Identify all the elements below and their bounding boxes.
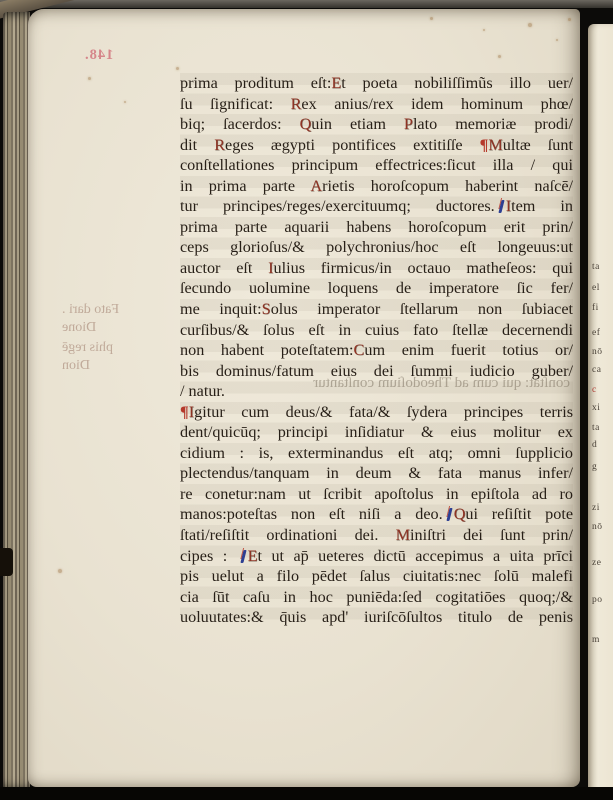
text-line: cidium : is, exterminandus eſt atq; omni… — [180, 443, 573, 464]
text-line: prima proditum eſt:Et poeta nobiliſſimũs… — [180, 73, 573, 94]
next-page-edge: taelfiefnōcacxitadgzinōzepom — [588, 24, 613, 795]
text-line: ſtati/reſiſtit ordinationi dei. Miniſtri… — [180, 525, 573, 546]
next-page-text-fragment: ta — [592, 423, 600, 433]
book-scan: 148. Fato dari .Dionephis regēDion conſt… — [0, 0, 613, 800]
text-line: ceps glorioſus/& polychronius/hoc eſt lo… — [180, 237, 573, 258]
next-page-text-fragment: zi — [592, 503, 600, 513]
text-line: manos:poteſtas non eſt niſi a deo.Qui re… — [180, 504, 573, 525]
next-page-text-fragment: ze — [592, 558, 601, 568]
blue-paragraph-tick-icon — [446, 508, 452, 521]
text-line: re conetur:nam ut ſcribit apoſtolus in e… — [180, 484, 573, 505]
bleedthrough-margin-note: Dion — [62, 356, 170, 375]
text-line: pis uelut a filo pēdet ſalus ciuitatis:n… — [180, 566, 573, 587]
text-line: cia ſūt caſu in hoc puniēda:ſed cogitati… — [180, 587, 573, 608]
text-line: ſu ſignificat: Rex anius/rex idem hominu… — [180, 94, 573, 115]
red-pilcrow-icon: ¶ — [180, 403, 189, 421]
text-line: curſibus/& ſolus eſt in cuius fato ſtell… — [180, 320, 573, 341]
text-line: prima parte aquarii habens horoſcopum er… — [180, 217, 573, 238]
text-line: me inquit:Solus imperator ſtellarum non … — [180, 299, 573, 320]
next-page-text-fragment: xi — [592, 403, 600, 413]
text-line: in prima parte Arietis horoſcopum haberi… — [180, 176, 573, 197]
text-line: biq; ſacerdos: Quin etiam Plato memoriæ … — [180, 114, 573, 135]
scan-background-bottom — [0, 787, 613, 800]
text-line: ¶Igitur cum deus/& fata/& ſydera princip… — [180, 402, 573, 423]
next-page-text-fragment: fi — [592, 303, 599, 313]
text-block: prima proditum eſt:Et poeta nobiliſſimũs… — [180, 73, 573, 628]
text-line: dent/quicūq; principi inſidiatur & eius … — [180, 422, 573, 443]
next-page-text-fragment: el — [592, 283, 600, 293]
text-line: tur principes/reges/exercituumq; ductore… — [180, 196, 573, 217]
blue-paragraph-tick-icon — [498, 200, 504, 213]
text-line: non habent poteſtatem:Cum enim fuerit to… — [180, 340, 573, 361]
bleedthrough-margin-note: phis regē — [62, 338, 170, 357]
next-page-text-fragment: m — [592, 635, 600, 645]
text-line: plectendus/tanquam in deum & fata manus … — [180, 463, 573, 484]
scan-background-top — [0, 0, 613, 8]
text-line: auctor eſt Iulius firmicus/in octauo mat… — [180, 258, 573, 279]
next-page-text-fragment: g — [592, 462, 597, 472]
foxing-spot — [498, 55, 501, 58]
text-line: / natur. — [180, 381, 573, 402]
manuscript-page: 148. Fato dari .Dionephis regēDion conſt… — [28, 9, 580, 787]
folio-number-bleedthrough: 148. — [84, 47, 113, 64]
text-line: dit Reges ægypti pontifices extitiſſe ¶M… — [180, 135, 573, 156]
next-page-text-fragment: po — [592, 595, 603, 605]
next-page-text-fragment: nō — [592, 347, 603, 357]
foxing-spot — [430, 17, 433, 20]
foxing-spot — [88, 77, 91, 80]
foxing-spot — [58, 569, 62, 573]
foxing-spot — [176, 67, 179, 70]
bleedthrough-margin-note: Fato dari . — [62, 300, 170, 319]
text-line: uoluutates:& q̄uis apd' iuriſcōſultos ti… — [180, 607, 573, 628]
text-line: bis dominus/fatum eius dei ſummi iudicio… — [180, 361, 573, 382]
next-page-text-fragment: nō — [592, 522, 603, 532]
foxing-spot — [483, 29, 485, 31]
text-line: ſecundo uolumine loquens de imperatore ſ… — [180, 278, 573, 299]
foxing-spot — [528, 23, 532, 27]
foxing-spot — [556, 39, 558, 41]
foxing-spot — [568, 18, 571, 21]
next-page-text-fragment: c — [592, 385, 597, 395]
next-page-text-fragment: ef — [592, 328, 600, 338]
stacked-page-edges — [3, 12, 30, 790]
next-page-text-fragment: d — [592, 440, 597, 450]
next-page-text-fragment: ca — [592, 365, 601, 375]
next-page-text-fragment: ta — [592, 262, 600, 272]
text-line: cipes : Et ut ap̄ ueteres dictū accepimu… — [180, 546, 573, 567]
bleedthrough-margin-note: Dione — [62, 318, 170, 337]
blue-paragraph-tick-icon — [240, 550, 246, 563]
binding-notch — [0, 548, 13, 576]
foxing-spot — [124, 101, 126, 103]
text-line: conſtellationes principum effectrices:ſi… — [180, 155, 573, 176]
